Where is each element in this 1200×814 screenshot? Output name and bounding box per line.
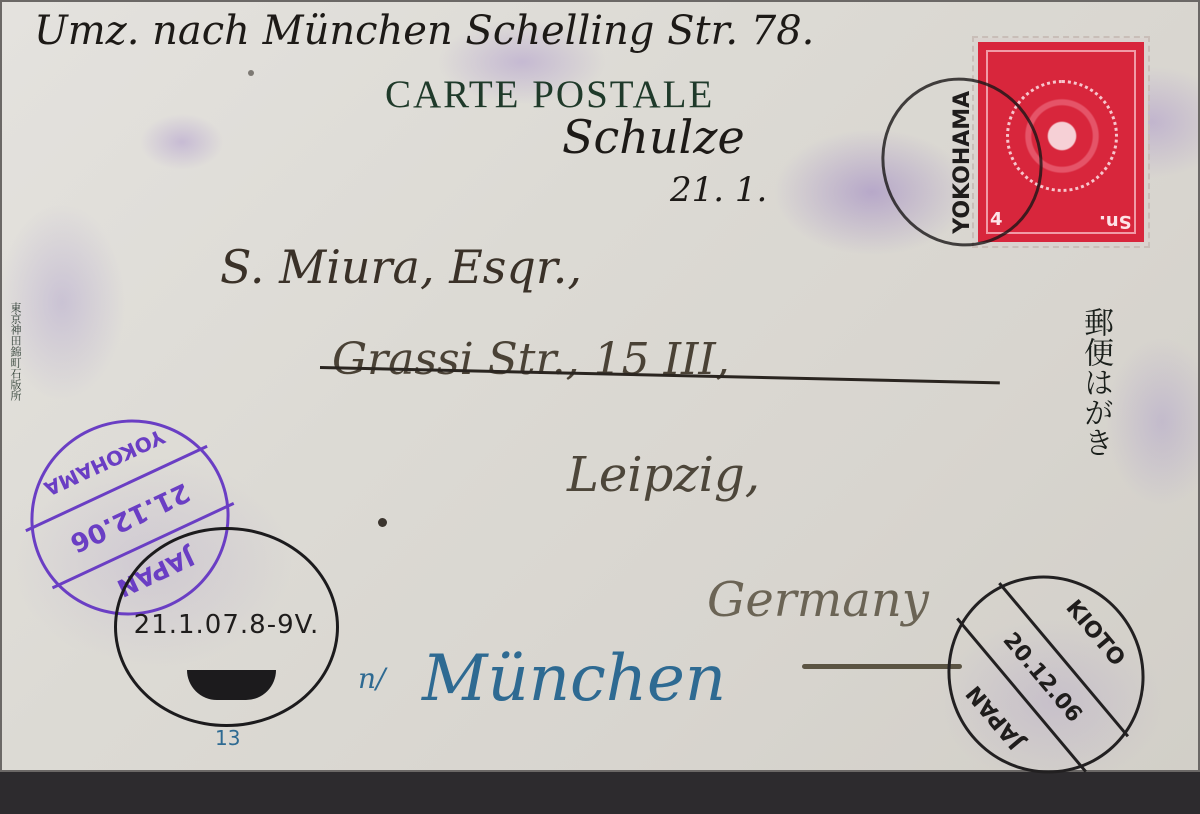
handwritten-signature: Schulze (562, 110, 745, 164)
ink-spot (248, 70, 254, 76)
ink-spot (378, 518, 387, 527)
stamp-cancel-text: YOKOHAMA (950, 91, 975, 234)
postmark-date: 21.1.07.8-9V. (127, 590, 326, 660)
address-street-crossed-out: Grassi Str., 15 III, (332, 334, 730, 385)
address-country: Germany (707, 572, 929, 628)
postmark-bar (187, 670, 276, 700)
address-name: S. Miura, Esqr., (220, 240, 582, 294)
kioto-postmark: KIOTO 20.12.06 JAPAN (907, 535, 1185, 772)
redirect-note: München (422, 642, 726, 716)
postcard: Umz. nach München Schelling Str. 78. CAR… (0, 0, 1200, 772)
leipzig-postmark: 21.1.07.8-9V. 13 (114, 527, 339, 727)
redirect-prefix: n/ (358, 662, 385, 695)
stamp-value: Sn. (1099, 211, 1132, 232)
japanese-postcard-label: 郵便はがき (1078, 307, 1112, 457)
handwritten-forwarding-note: Umz. nach München Schelling Str. 78. (34, 8, 814, 54)
handwritten-date: 21. 1. (670, 170, 767, 210)
postmark-number: 13 (215, 726, 240, 750)
address-city: Leipzig, (567, 447, 760, 503)
postmark-date: 20.12.06 (956, 582, 1129, 772)
printer-imprint: 東京神田錦町石版所 (8, 302, 24, 401)
